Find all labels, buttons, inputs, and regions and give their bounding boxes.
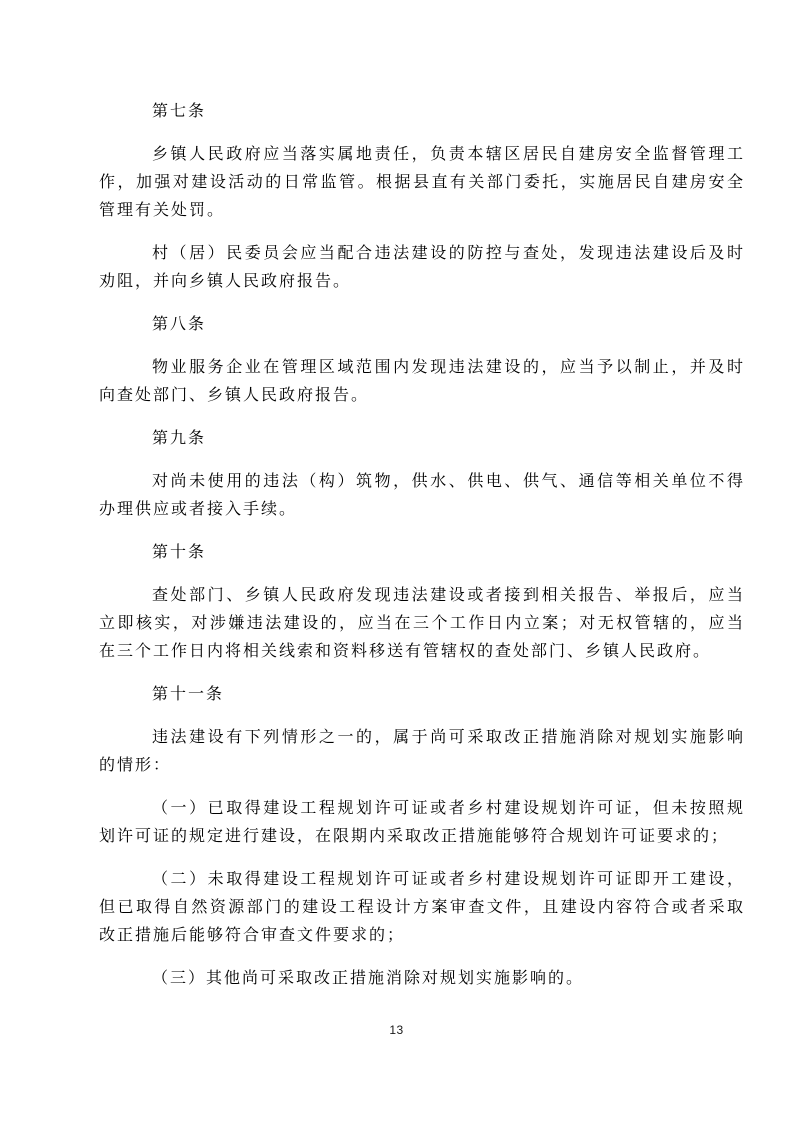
paragraph: 物业服务企业在管理区域范围内发现违法建设的，应当予以制止，并及时向查处部门、乡镇… <box>99 354 745 410</box>
document-content: 第七条 乡镇人民政府应当落实属地责任，负责本辖区居民自建房安全监督管理工作，加强… <box>0 0 793 993</box>
article-heading-11: 第十一条 <box>99 681 745 709</box>
paragraph: 违法建设有下列情形之一的，属于尚可采取改正措施消除对规划实施影响的情形： <box>99 724 745 780</box>
article-heading-8: 第八条 <box>99 311 745 339</box>
paragraph: 查处部门、乡镇人民政府发现违法建设或者接到相关报告、举报后，应当立即核实，对涉嫌… <box>99 582 745 666</box>
paragraph: 对尚未使用的违法（构）筑物，供水、供电、供气、通信等相关单位不得办理供应或者接入… <box>99 468 745 524</box>
article-heading-10: 第十条 <box>99 539 745 567</box>
paragraph-item-1: （一）已取得建设工程规划许可证或者乡村建设规划许可证，但未按照规划许可证的规定进… <box>99 795 745 851</box>
paragraph: 村（居）民委员会应当配合违法建设的防控与查处，发现违法建设后及时劝阻，并向乡镇人… <box>99 240 745 296</box>
paragraph-item-3: （三）其他尚可采取改正措施消除对规划实施影响的。 <box>99 965 745 993</box>
paragraph-item-2: （二）未取得建设工程规划许可证或者乡村建设规划许可证即开工建设，但已取得自然资源… <box>99 866 745 950</box>
article-heading-7: 第七条 <box>99 98 745 126</box>
article-heading-9: 第九条 <box>99 425 745 453</box>
page-number: 13 <box>0 1022 793 1038</box>
document-page: 第七条 乡镇人民政府应当落实属地责任，负责本辖区居民自建房安全监督管理工作，加强… <box>0 0 793 1122</box>
paragraph: 乡镇人民政府应当落实属地责任，负责本辖区居民自建房安全监督管理工作，加强对建设活… <box>99 141 745 225</box>
